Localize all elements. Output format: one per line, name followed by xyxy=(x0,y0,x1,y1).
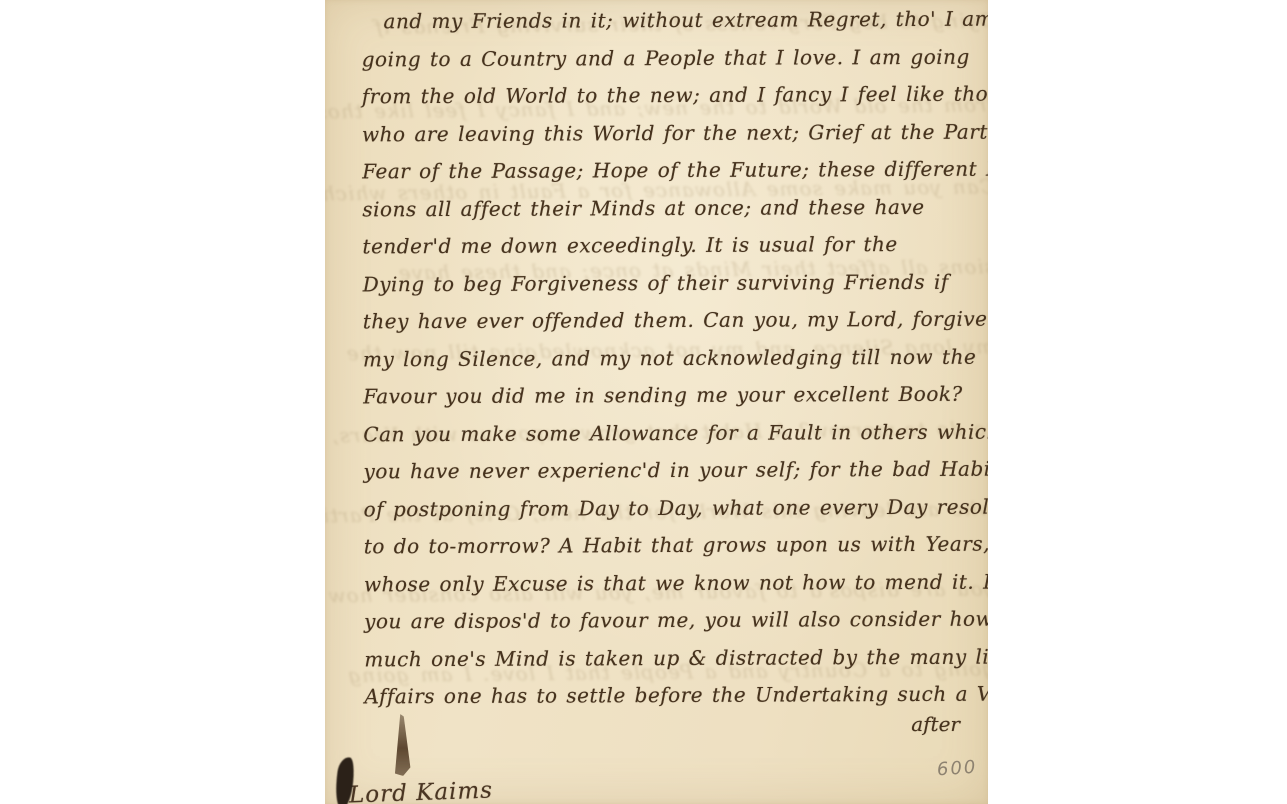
ink-blot xyxy=(391,714,413,776)
manuscript-line: and my Friends in it; without extream Re… xyxy=(361,1,975,41)
manuscript-line: they have ever offended them. Can you, m… xyxy=(363,301,977,341)
manuscript-line: Fear of the Passage; Hope of the Future;… xyxy=(362,151,976,191)
docket-lord-kaims: Lord Kaims xyxy=(349,777,494,804)
manuscript-line: from the old World to the new; and I fan… xyxy=(362,76,976,116)
manuscript-line: going to a Country and a People that I l… xyxy=(362,38,976,78)
catchword: after xyxy=(911,712,960,736)
pencil-folio-number: 600 xyxy=(936,757,978,781)
manuscript-line: Dying to beg Forgiveness of their surviv… xyxy=(363,263,977,303)
letter-body: and my Friends in it; without extream Re… xyxy=(361,1,978,716)
manuscript-scan: Dying to beg Forgiveness of their surviv… xyxy=(0,0,1287,804)
manuscript-line: who are leaving this World for the next;… xyxy=(362,113,976,153)
manuscript-page: Dying to beg Forgiveness of their surviv… xyxy=(325,0,988,804)
manuscript-line: whose only Excuse is that we know not ho… xyxy=(364,563,978,603)
manuscript-line: Affairs one has to settle before the Und… xyxy=(364,676,978,716)
manuscript-line: tender'd me down exceedingly. It is usua… xyxy=(362,226,976,266)
manuscript-line: much one's Mind is taken up & distracted… xyxy=(364,638,978,678)
manuscript-line: to do to-morrow? A Habit that grows upon… xyxy=(364,526,978,566)
manuscript-line: of postponing from Day to Day, what one … xyxy=(364,488,978,528)
manuscript-line: sions all affect their Minds at once; an… xyxy=(362,188,976,228)
manuscript-line: you are dispos'd to favour me, you will … xyxy=(364,601,978,641)
manuscript-line: Favour you did me in sending me your exc… xyxy=(363,376,977,416)
manuscript-line: Can you make some Allowance for a Fault … xyxy=(363,413,977,453)
manuscript-line: you have never experienc'd in your self;… xyxy=(363,451,977,491)
manuscript-line: my long Silence, and my not acknowledgin… xyxy=(363,338,977,378)
